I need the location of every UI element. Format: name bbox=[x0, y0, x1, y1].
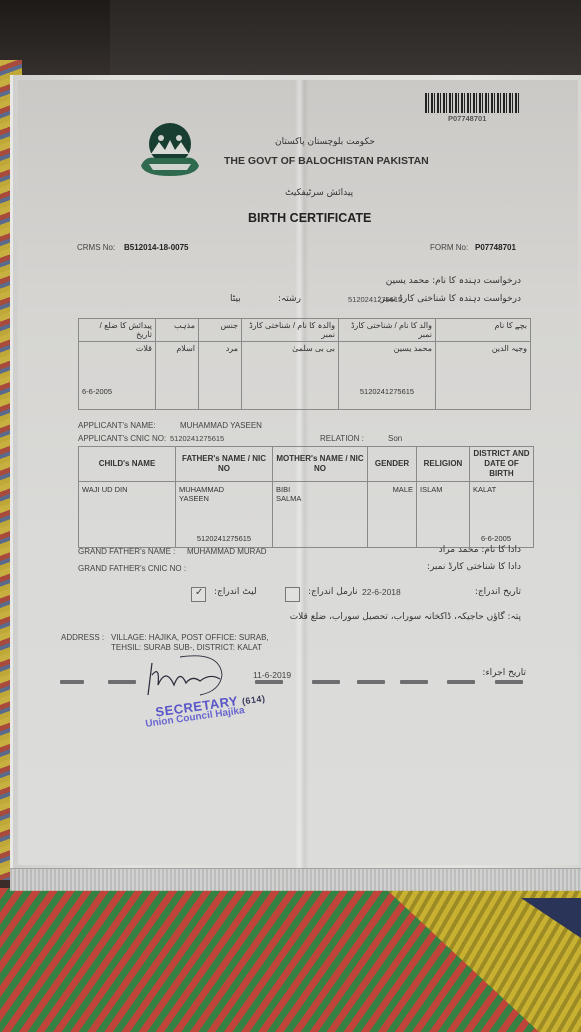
urdu-child-name: وجیہ الدین bbox=[436, 342, 531, 410]
address-urdu: پتہ: گاؤں حاجیکہ، ڈاکخانہ سوراب، تحصیل س… bbox=[290, 612, 521, 622]
crms-label: CRMS No: bbox=[77, 243, 115, 252]
sleeve-seal bbox=[10, 868, 581, 891]
binder-edge bbox=[110, 0, 581, 82]
registration-date-label: تاریخ اندراج: bbox=[475, 587, 521, 597]
header-gender: GENDER bbox=[368, 447, 417, 482]
mother-name-text: BIBI SALMA bbox=[276, 485, 316, 503]
cell-mother-name: BIBI SALMA bbox=[273, 482, 368, 548]
barcode-number: P07748701 bbox=[448, 114, 486, 123]
barcode bbox=[425, 93, 520, 113]
relation-value: Son bbox=[388, 434, 402, 443]
urdu-header-district: پیدائش کا ضلع / تاریخ bbox=[79, 319, 156, 342]
balochistan-emblem-icon bbox=[137, 120, 203, 182]
stamp-code: (614) bbox=[241, 693, 266, 706]
form-label: FORM No: bbox=[430, 243, 468, 252]
urdu-father-name: محمد یسین5120241275615 bbox=[339, 342, 436, 410]
signature-dash bbox=[255, 680, 283, 684]
urdu-father-name-text: محمد یسین bbox=[394, 344, 432, 353]
father-name-text: MUHAMMAD YASEEN bbox=[179, 485, 229, 503]
applicant-name-urdu: درخواست دہندہ کا نام: محمد یسین bbox=[386, 276, 521, 286]
grandfather-cnic-urdu: دادا کا شناختی کارڈ نمبر: bbox=[427, 562, 521, 572]
signature-icon bbox=[140, 655, 230, 700]
signature-dash bbox=[312, 680, 340, 684]
cell-child-name: WAJI UD DIN bbox=[79, 482, 176, 548]
applicant-cnic-urdu-value: 5120241275615 bbox=[348, 295, 402, 304]
signature-dash bbox=[357, 680, 385, 684]
urdu-district-text: قلات bbox=[136, 344, 152, 353]
urdu-details-table: بچے کا نام والد کا نام / شناختی کارڈ نمب… bbox=[78, 318, 531, 410]
issue-date: 11-6-2019 bbox=[253, 670, 291, 680]
form-number: P07748701 bbox=[475, 243, 516, 252]
certificate-title-urdu: پیدائش سرٹیفکیٹ bbox=[285, 188, 353, 198]
grandfather-cnic-label: GRAND FATHER's CNIC NO : bbox=[78, 564, 186, 573]
relation-label-urdu: رشتہ: bbox=[278, 294, 301, 304]
urdu-mother-name: بی بی سلمیٰ bbox=[242, 342, 339, 410]
rug-background-bottom bbox=[0, 888, 581, 1032]
grandfather-name-value: MUHAMMAD MURAD bbox=[187, 547, 267, 556]
header-father-name: FATHER's NAME / NIC NO bbox=[176, 447, 273, 482]
normal-registration-checkbox[interactable] bbox=[285, 587, 300, 602]
normal-registration-label: نارمل اندراج: bbox=[308, 587, 358, 597]
late-registration-checkbox[interactable]: ✓ bbox=[191, 587, 206, 602]
urdu-district: قلات6-6-2005 bbox=[79, 342, 156, 410]
grandfather-name-label: GRAND FATHER's NAME : bbox=[78, 547, 175, 556]
urdu-gender: مرد bbox=[199, 342, 242, 410]
address-line-1: VILLAGE: HAJIKA, POST OFFICE: SURAB, bbox=[111, 633, 269, 642]
father-nic-text: 5120241275615 bbox=[176, 534, 272, 543]
late-registration-label: لیٹ اندراج: bbox=[214, 587, 257, 597]
applicant-name-value: MUHAMMAD YASEEN bbox=[180, 421, 262, 430]
relation-value-urdu: بیٹا bbox=[230, 294, 241, 304]
certificate-title: BIRTH CERTIFICATE bbox=[248, 211, 371, 225]
address-label: ADDRESS : bbox=[61, 633, 104, 642]
birth-details-table: CHILD's NAME FATHER's NAME / NIC NO MOTH… bbox=[78, 446, 534, 548]
address-line-2: TEHSIL: SURAB SUB-, DISTRICT: KALAT bbox=[111, 643, 262, 652]
cell-gender: MALE bbox=[368, 482, 417, 548]
urdu-header-child: بچے کا نام bbox=[436, 319, 531, 342]
urdu-religion: اسلام bbox=[156, 342, 199, 410]
header-mother-name: MOTHER's NAME / NIC NO bbox=[273, 447, 368, 482]
urdu-header-mother: والدہ کا نام / شناختی کارڈ نمبر bbox=[242, 319, 339, 342]
urdu-header-gender: جنس bbox=[199, 319, 242, 342]
applicant-cnic-value: 5120241275615 bbox=[170, 434, 224, 443]
cell-religion: ISLAM bbox=[417, 482, 470, 548]
relation-label: RELATION : bbox=[320, 434, 364, 443]
signature-dash bbox=[60, 680, 84, 684]
cell-father-name: MUHAMMAD YASEEN 5120241275615 bbox=[176, 482, 273, 548]
dob-text: 6-6-2005 bbox=[470, 534, 533, 543]
urdu-header-religion: مذہب bbox=[156, 319, 199, 342]
signature-dash bbox=[447, 680, 475, 684]
applicant-name-label: APPLICANT's NAME: bbox=[78, 421, 156, 430]
urdu-dob: 6-6-2005 bbox=[82, 387, 152, 396]
applicant-cnic-label: APPLICANT's CNIC NO: bbox=[78, 434, 166, 443]
issue-date-label-urdu: تاریخ اجراء: bbox=[482, 668, 526, 678]
grandfather-name-urdu: دادا کا نام: محمد مراد bbox=[439, 545, 521, 555]
urdu-header-father: والد کا نام / شناختی کارڈ نمبر bbox=[339, 319, 436, 342]
district-text: KALAT bbox=[473, 485, 530, 494]
registration-date: 22-6-2018 bbox=[362, 587, 401, 597]
header-district-dob: DISTRICT AND DATE OF BIRTH bbox=[470, 447, 534, 482]
signature-dash bbox=[495, 680, 523, 684]
signature-dash bbox=[400, 680, 428, 684]
urdu-father-cnic: 5120241275615 bbox=[342, 387, 432, 396]
header-child-name: CHILD's NAME bbox=[79, 447, 176, 482]
check-mark-icon: ✓ bbox=[195, 587, 203, 598]
signature-dash bbox=[108, 680, 136, 684]
header-religion: RELIGION bbox=[417, 447, 470, 482]
cell-district-dob: KALAT 6-6-2005 bbox=[470, 482, 534, 548]
crms-number: B512014-18-0075 bbox=[124, 243, 189, 252]
govt-title: THE GOVT OF BALOCHISTAN PAKISTAN bbox=[224, 155, 429, 167]
govt-title-urdu: حکومت بلوچستان پاکستان bbox=[275, 137, 375, 147]
